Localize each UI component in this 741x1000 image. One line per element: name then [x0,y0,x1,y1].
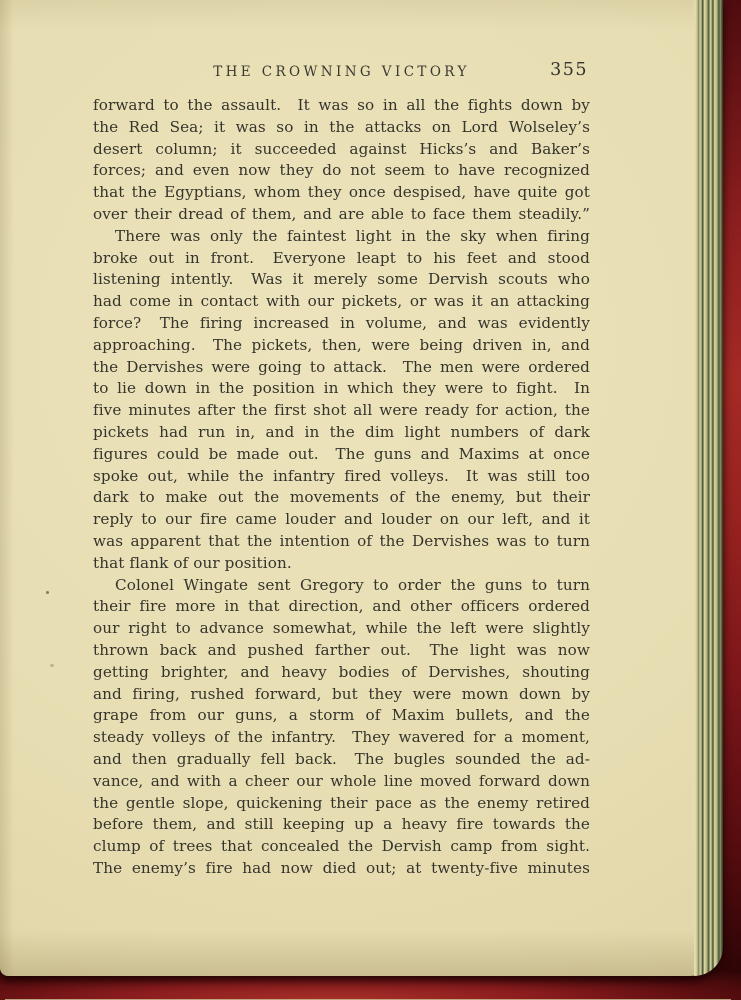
text-line: listening intently. Was it merely some D… [93,269,590,291]
paragraph: Colonel Wingate sent Gregory to order th… [93,575,590,880]
page-content: THE CROWNING VICTORY 355 forward to the … [93,0,590,976]
text-line: and then gradually fell back. The bugles… [93,749,590,771]
book-page: THE CROWNING VICTORY 355 forward to the … [0,0,723,976]
paper-speck [50,664,54,667]
text-line: The enemy’s fire had now died out; at tw… [93,858,590,880]
text-line: There was only the faintest light in the… [93,226,590,248]
running-title: THE CROWNING VICTORY [93,64,590,80]
text-line: desert column; it succeeded against Hick… [93,139,590,161]
text-line: force? The firing increased in volume, a… [93,313,590,335]
text-line: the Red Sea; it was so in the attacks on… [93,117,590,139]
text-line: spoke out, while the infantry fired voll… [93,466,590,488]
text-line: before them, and still keeping up a heav… [93,814,590,836]
text-line: grape from our guns, a storm of Maxim bu… [93,705,590,727]
text-line: vance, and with a cheer our whole line m… [93,771,590,793]
text-line: our right to advance somewhat, while the… [93,618,590,640]
text-line: dark to make out the movements of the en… [93,487,590,509]
text-line: over their dread of them, and are able t… [93,204,590,226]
text-line: figures could be made out. The guns and … [93,444,590,466]
paragraph: There was only the faintest light in the… [93,226,590,575]
page-edges-right [694,0,723,976]
text-line: Colonel Wingate sent Gregory to order th… [93,575,590,597]
text-line: that the Egyptians, whom they once despi… [93,182,590,204]
text-line: reply to our fire came louder and louder… [93,509,590,531]
text-line: pickets had run in, and in the dim light… [93,422,590,444]
text-line: getting brighter, and heavy bodies of De… [93,662,590,684]
text-line: clump of trees that concealed the Dervis… [93,836,590,858]
text-line: approaching. The pickets, then, were bei… [93,335,590,357]
text-line: was apparent that the intention of the D… [93,531,590,553]
text-line: their fire more in that direction, and o… [93,596,590,618]
page-number: 355 [550,60,588,80]
text-line: forward to the assault. It was so in all… [93,95,590,117]
text-line: that flank of our position. [93,553,590,575]
paragraph: forward to the assault. It was so in all… [93,95,590,226]
book-scan: { "colors": { "paper": "#e9dfb4", "ink":… [0,0,741,1000]
text-line: broke out in front. Everyone leapt to hi… [93,248,590,270]
text-line: forces; and even now they do not seem to… [93,160,590,182]
text-line: the gentle slope, quickening their pace … [93,793,590,815]
text-line: and firing, rushed forward, but they wer… [93,684,590,706]
text-line: steady volleys of the infantry. They wav… [93,727,590,749]
text-line: the Dervishes were going to attack. The … [93,357,590,379]
page-text: forward to the assault. It was so in all… [93,95,590,880]
text-line: thrown back and pushed farther out. The … [93,640,590,662]
text-line: to lie down in the position in which the… [93,378,590,400]
text-line: five minutes after the first shot all we… [93,400,590,422]
page-header: THE CROWNING VICTORY 355 [93,62,590,84]
text-line: had come in contact with our pickets, or… [93,291,590,313]
paper-speck [46,591,49,594]
